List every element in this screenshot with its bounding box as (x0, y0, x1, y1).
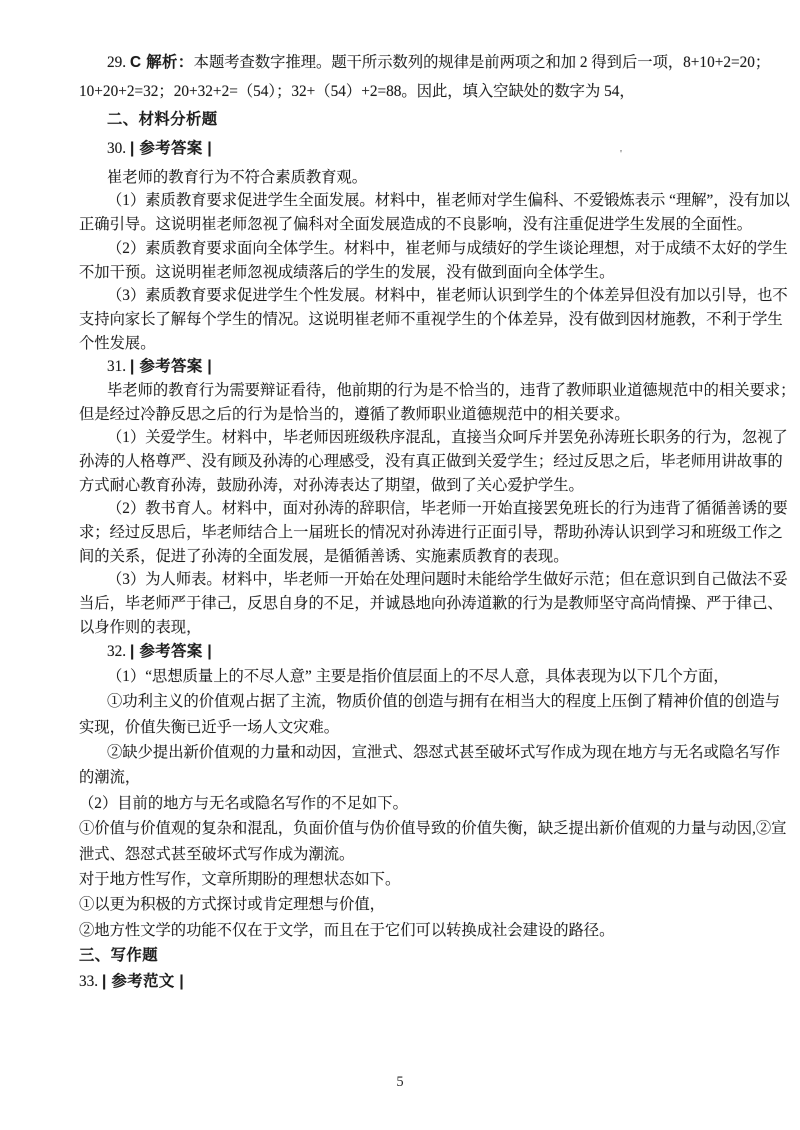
text-segment: 个性发展。 (79, 335, 156, 352)
text-segment: 间的关系，促进了孙涛的全面发展，是循循善诱、实施素质教育的表现。 (79, 548, 569, 565)
doc-line: ②地方性文学的功能不仅在于文学，而且在于它们可以转换成社会建设的路径。 (79, 923, 784, 948)
text-segment: 本题考查数字推理。题干所示数列的规律是前两项之和加 2 得到后一项，8+10+2… (194, 54, 771, 71)
bold-segment: | 参考答案 | (130, 358, 212, 375)
bold-segment: 二、材料分析题 (107, 111, 218, 128)
text-segment: 不加干预。这说明崔老师忽视成绩落后的学生的发展，没有做到面向全体学生。 (79, 264, 614, 281)
text-segment: ②地方性文学的功能不仅在于文学，而且在于它们可以转换成社会建设的路径。 (79, 922, 614, 939)
document-page: 29. C 解析：本题考查数字推理。题干所示数列的规律是前两项之和加 2 得到后… (0, 0, 800, 1130)
doc-line: 32. | 参考答案 | (79, 644, 784, 669)
text-segment: 当后，毕老师严于律己，反思自身的不足，并诚恳地向孙涛道歉的行为是教师坚守高尚情操… (79, 595, 783, 612)
bold-segment: 三、写作题 (79, 947, 158, 964)
text-segment: （2）素质教育要求面向全体学生。材料中，崔老师与成绩好的学生谈论理想，对于成绩不… (107, 240, 788, 257)
text-segment: 求；经过反思后，毕老师结合上一届班长的情况对孙涛进行正面引导，帮助孙涛认识到学习… (79, 524, 783, 541)
text-segment: 10+20+2=32；20+32+2=（54）；32+（54）+2=88。因此，… (79, 83, 635, 100)
doc-line: 30. | 参考答案 | (79, 141, 784, 170)
scan-artifact-mark: ' (620, 148, 622, 160)
text-segment: ①功利主义的价值观占据了主流，物质价值的创造与拥有在相当大的程度上压倒了精神价值… (107, 693, 780, 710)
doc-line: ①以更为积极的方式探讨或肯定理想与价值， (79, 897, 784, 922)
doc-line: 个性发展。 (79, 336, 784, 360)
text-segment: ①价值与价值观的复杂和混乱，负面价值与伪价值导致的价值失衡，缺乏提出新价值观的力… (79, 820, 786, 837)
doc-line: 31. | 参考答案 | (79, 359, 784, 383)
doc-line: （3）为人师表。材料中，毕老师一开始在处理问题时未能给学生做好示范；但在意识到自… (79, 572, 784, 596)
doc-line: 但是经过冷静反思之后的行为是恰当的，遵循了教师职业道德规范中的相关要求。 (79, 407, 784, 431)
text-segment: 30. (107, 140, 130, 157)
doc-line: 当后，毕老师严于律己，反思自身的不足，并诚恳地向孙涛道歉的行为是教师坚守高尚情操… (79, 596, 784, 620)
text-segment: ②缺少提出新价值观的力量和动因，宣泄式、怨怼式甚至破坏式写作成为现在地方与无名或… (107, 744, 780, 761)
doc-line: 间的关系，促进了孙涛的全面发展，是循循善诱、实施素质教育的表现。 (79, 549, 784, 573)
bold-segment: | 参考答案 | (130, 643, 212, 660)
doc-line: 求；经过反思后，毕老师结合上一届班长的情况对孙涛进行正面引导，帮助孙涛认识到学习… (79, 525, 784, 549)
doc-line: （1）关爱学生。材料中，毕老师因班级秩序混乱，直接当众呵斥并罢免孙涛班长职务的行… (79, 430, 784, 454)
text-segment: 的潮流， (79, 769, 140, 786)
bold-segment: | 参考答案 | (130, 140, 212, 157)
doc-line: 二、材料分析题 (79, 112, 784, 141)
doc-line: 毕老师的教育行为需要辩证看待，他前期的行为是不恰当的，违背了教师职业道德规范中的… (79, 383, 784, 407)
text-segment: 实现，价值失衡已近乎一场人文灾难。 (79, 719, 339, 736)
text-segment: 毕老师的教育行为需要辩证看待，他前期的行为是不恰当的，违背了教师职业道德规范中的… (107, 382, 795, 399)
doc-line: 正确引导。这说明崔老师忽视了偏科对全面发展造成的不良影响，没有注重促进学生发展的… (79, 217, 784, 241)
doc-line: 实现，价值失衡已近乎一场人文灾难。 (79, 720, 784, 745)
doc-line: 10+20+2=32；20+32+2=（54）；32+（54）+2=88。因此，… (79, 84, 784, 113)
text-segment: 以身作则的表现， (79, 619, 201, 636)
doc-line: 29. C 解析：本题考查数字推理。题干所示数列的规律是前两项之和加 2 得到后… (79, 55, 784, 84)
doc-line: 对于地方性写作，文章所期盼的理想状态如下。 (79, 872, 784, 897)
doc-line: 的潮流， (79, 770, 784, 795)
doc-line: 三、写作题 (79, 948, 784, 973)
text-segment: 31. (107, 358, 130, 375)
text-segment: （1）素质教育要求促进学生全面发展。材料中，崔老师对学生偏科、不爱锻炼表示 “理… (107, 192, 790, 209)
text-segment: 泄式、怨怼式甚至破坏式写作成为潮流。 (79, 846, 354, 863)
text-segment: 孙涛的人格尊严、没有顾及孙涛的心理感受，没有真正做到关爱学生；经过反思之后，毕老… (79, 453, 783, 470)
text-segment: 但是经过冷静反思之后的行为是恰当的，遵循了教师职业道德规范中的相关要求。 (79, 406, 630, 423)
doc-line: 孙涛的人格尊严、没有顾及孙涛的心理感受，没有真正做到关爱学生；经过反思之后，毕老… (79, 454, 784, 478)
document-body: 29. C 解析：本题考查数字推理。题干所示数列的规律是前两项之和加 2 得到后… (79, 55, 784, 999)
doc-line: （1）素质教育要求促进学生全面发展。材料中，崔老师对学生偏科、不爱锻炼表示 “理… (79, 193, 784, 217)
doc-line: （3）素质教育要求促进学生个性发展。材料中，崔老师认识到学生的个体差异但没有加以… (79, 288, 784, 312)
doc-line: 崔老师的教育行为不符合素质教育观。 (79, 170, 784, 194)
doc-line: （2）目前的地方与无名或隐名写作的不足如下。 (79, 796, 784, 821)
doc-line: ①价值与价值观的复杂和混乱，负面价值与伪价值导致的价值失衡，缺乏提出新价值观的力… (79, 821, 784, 846)
doc-line: 不加干预。这说明崔老师忽视成绩落后的学生的发展，没有做到面向全体学生。 (79, 265, 784, 289)
doc-line: （2）素质教育要求面向全体学生。材料中，崔老师与成绩好的学生谈论理想，对于成绩不… (79, 241, 784, 265)
text-segment: 方式耐心教育孙涛，鼓励孙涛，对孙涛表达了期望，做到了关心爱护学生。 (79, 477, 584, 494)
text-segment: （3）素质教育要求促进学生个性发展。材料中，崔老师认识到学生的个体差异但没有加以… (107, 287, 788, 304)
text-segment: （1）关爱学生。材料中，毕老师因班级秩序混乱，直接当众呵斥并罢免孙涛班长职务的行… (107, 429, 788, 446)
doc-line: （2）教书育人。材料中，面对孙涛的辞职信，毕老师一开始直接罢免班长的行为违背了循… (79, 501, 784, 525)
doc-line: 33. | 参考范文 | (79, 974, 784, 999)
bold-segment: | 参考范文 | (102, 973, 184, 990)
text-segment: 崔老师的教育行为不符合素质教育观。 (107, 169, 367, 186)
text-segment: 29. (107, 54, 130, 71)
text-segment: 33. (79, 973, 102, 990)
doc-line: ②缺少提出新价值观的力量和动因，宣泄式、怨怼式甚至破坏式写作成为现在地方与无名或… (79, 745, 784, 770)
text-segment: （3）为人师表。材料中，毕老师一开始在处理问题时未能给学生做好示范；但在意识到自… (107, 571, 788, 588)
bold-segment: C 解析： (130, 54, 194, 71)
page-number: 5 (0, 1074, 800, 1091)
text-segment: 32. (107, 643, 130, 660)
doc-line: 泄式、怨怼式甚至破坏式写作成为潮流。 (79, 847, 784, 872)
text-segment: （2）目前的地方与无名或隐名写作的不足如下。 (79, 795, 408, 812)
text-segment: 对于地方性写作，文章所期盼的理想状态如下。 (79, 871, 400, 888)
doc-line: （1）“思想质量上的不尽人意” 主要是指价值层面上的不尽人意，具体表现为以下几个… (79, 669, 784, 694)
doc-line: 支持向家长了解每个学生的情况。这说明崔老师不重视学生的个体差异，没有做到因材施教… (79, 312, 784, 336)
text-segment: 正确引导。这说明崔老师忽视了偏科对全面发展造成的不良影响，没有注重促进学生发展的… (79, 216, 752, 233)
doc-line: ①功利主义的价值观占据了主流，物质价值的创造与拥有在相当大的程度上压倒了精神价值… (79, 694, 784, 719)
text-segment: ①以更为积极的方式探讨或肯定理想与价值， (79, 896, 385, 913)
text-segment: 支持向家长了解每个学生的情况。这说明崔老师不重视学生的个体差异，没有做到因材施教… (79, 311, 783, 328)
doc-line: 方式耐心教育孙涛，鼓励孙涛，对孙涛表达了期望，做到了关心爱护学生。 (79, 478, 784, 502)
doc-line: 以身作则的表现， (79, 620, 784, 644)
text-segment: （2）教书育人。材料中，面对孙涛的辞职信，毕老师一开始直接罢免班长的行为违背了循… (107, 500, 788, 517)
text-segment: （1）“思想质量上的不尽人意” 主要是指价值层面上的不尽人意，具体表现为以下几个… (107, 668, 729, 685)
